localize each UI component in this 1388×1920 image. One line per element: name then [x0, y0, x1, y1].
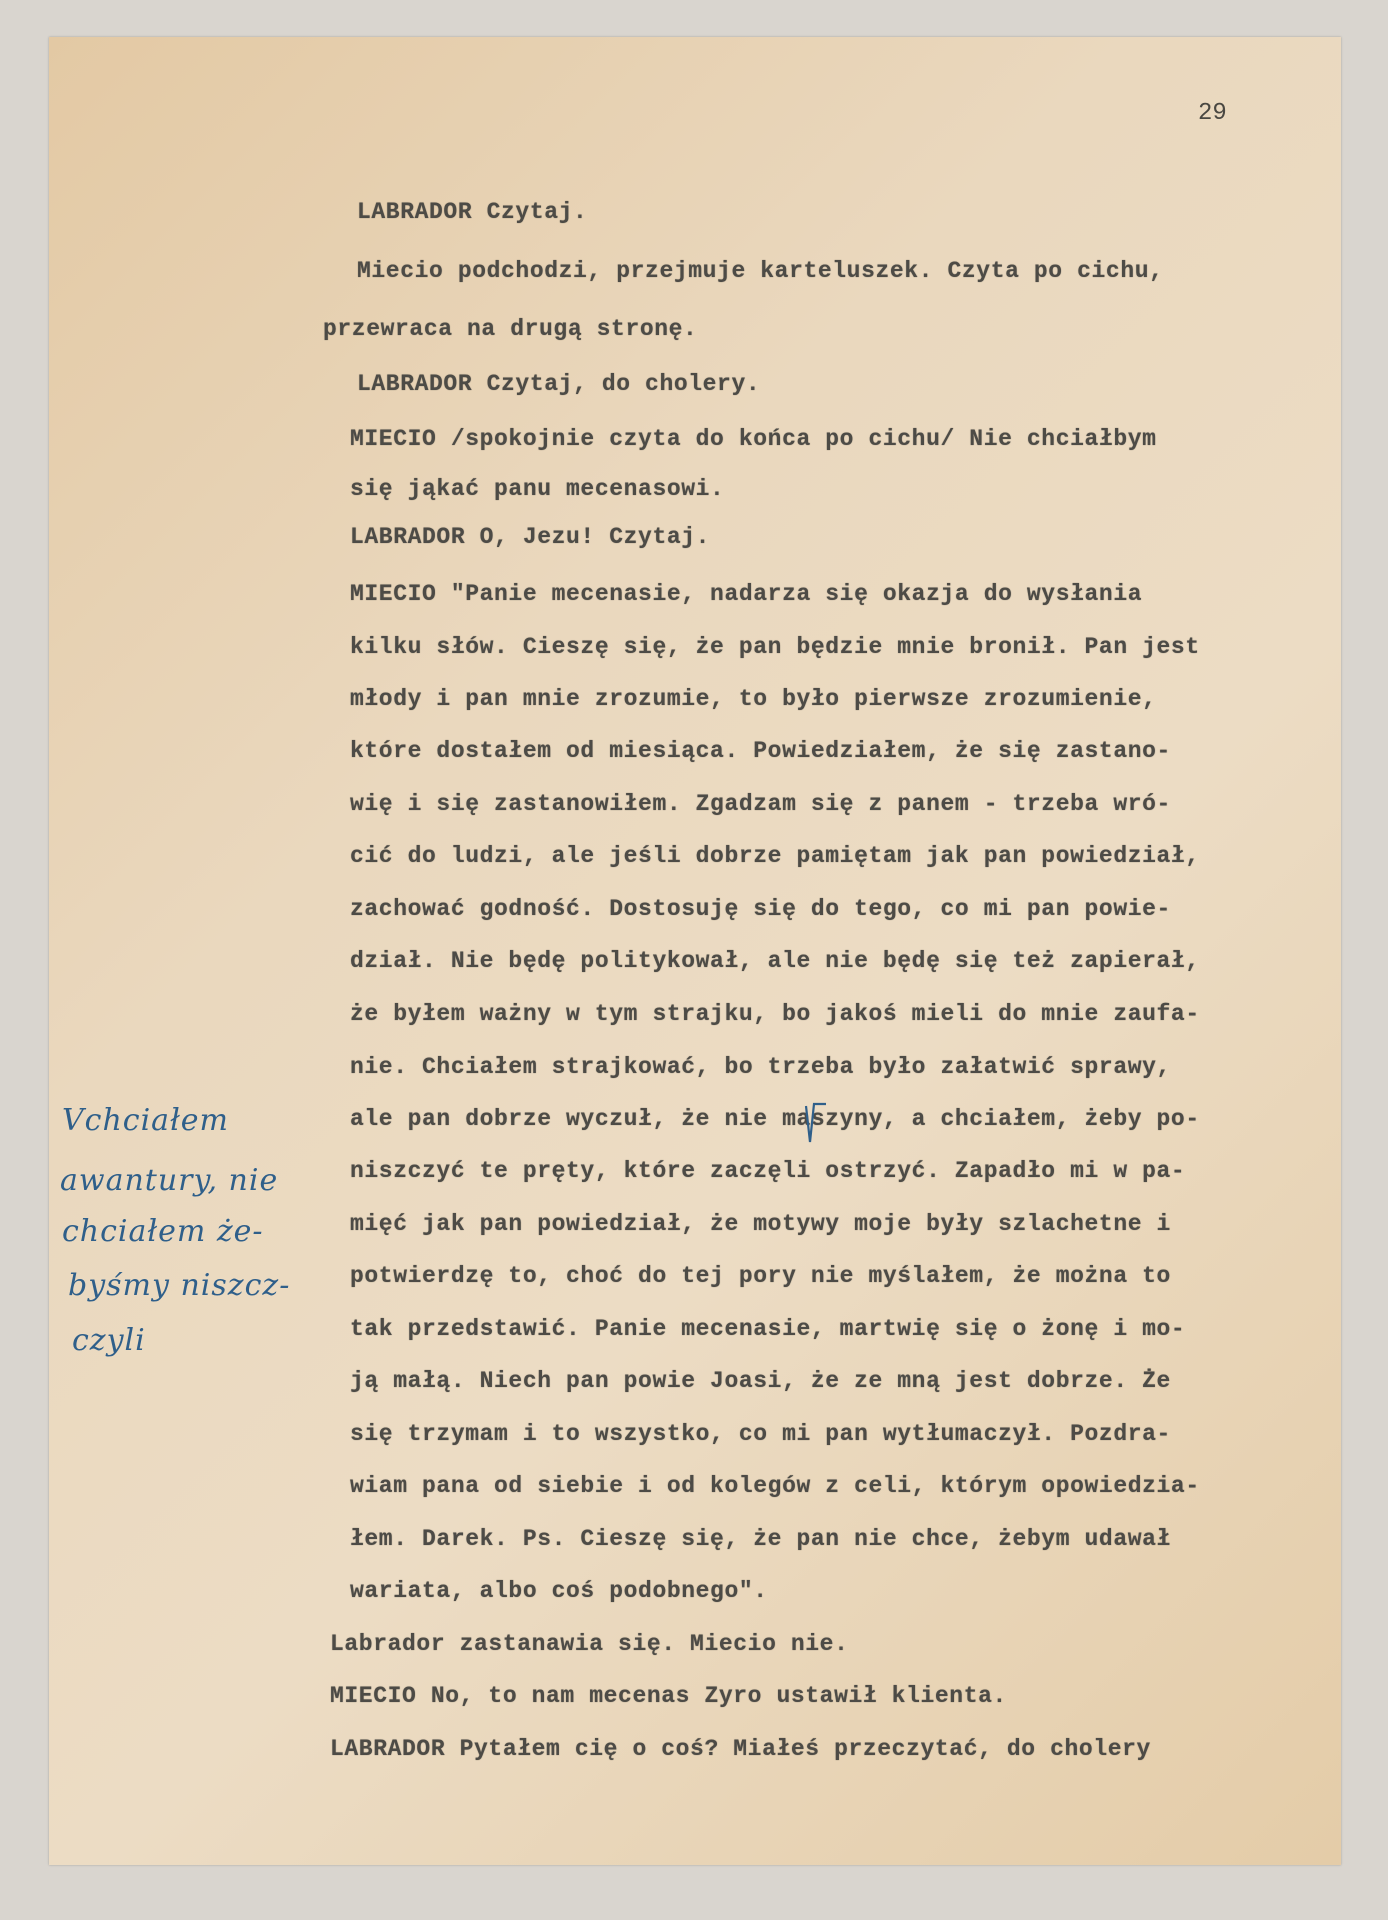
typed-line: ale pan dobrze wyczuł, że nie maszyny, a… [350, 1106, 1200, 1132]
typed-line: zachować godność. Dostosuję się do tego,… [350, 896, 1171, 922]
handwritten-line: Vchciałem [62, 1103, 229, 1138]
typed-line: Miecio podchodzi, przejmuje karteluszek.… [357, 258, 1164, 284]
typed-line: się jąkać panu mecenasowi. [350, 476, 724, 502]
typed-line: mięć jak pan powiedział, że motywy moje … [350, 1211, 1171, 1237]
typed-line: dział. Nie będę politykował, ale nie będ… [350, 948, 1200, 974]
typed-line: wiam pana od siebie i od kolegów z celi,… [350, 1473, 1200, 1499]
typed-line: tak przedstawić. Panie mecenasie, martwi… [350, 1316, 1185, 1342]
typed-line: się trzymam i to wszystko, co mi pan wyt… [350, 1421, 1171, 1447]
handwritten-line: awantury, nie [60, 1163, 278, 1198]
typed-line: MIECIO /spokojnie czyta do końca po cich… [350, 426, 1157, 452]
typed-line: ją małą. Niech pan powie Joasi, że ze mn… [350, 1368, 1171, 1394]
typed-line: wariata, albo coś podobnego". [350, 1578, 768, 1604]
typed-line: LABRADOR Czytaj. [357, 199, 587, 225]
typed-line: LABRADOR Pytałem cię o coś? Miałeś przec… [330, 1736, 1151, 1762]
typed-line: LABRADOR O, Jezu! Czytaj. [350, 524, 710, 550]
typed-line: MIECIO "Panie mecenasie, nadarza się oka… [350, 581, 1142, 607]
typed-line: nie. Chciałem strajkować, bo trzeba było… [350, 1054, 1171, 1080]
typed-line: potwierdzę to, choć do tej pory nie myśl… [350, 1263, 1171, 1289]
typed-line: wię i się zastanowiłem. Zgadzam się z pa… [350, 791, 1171, 817]
typed-line: młody i pan mnie zrozumie, to było pierw… [350, 686, 1157, 712]
typed-line: niszczyć te pręty, które zaczęli ostrzyć… [350, 1158, 1185, 1184]
typed-line: że byłem ważny w tym strajku, bo jakoś m… [350, 1001, 1200, 1027]
handwritten-line: chciałem że- [62, 1214, 264, 1249]
typed-line: LABRADOR Czytaj, do cholery. [357, 371, 760, 397]
handwritten-line: byśmy niszcz- [68, 1268, 290, 1303]
page-number: 29 [1198, 100, 1227, 127]
typed-line: MIECIO No, to nam mecenas Zyro ustawił k… [330, 1683, 1007, 1709]
typed-line: które dostałem od miesiąca. Powiedziałem… [350, 738, 1171, 764]
handwritten-line: czyli [72, 1323, 146, 1358]
typed-line: cić do ludzi, ale jeśli dobrze pamiętam … [350, 843, 1200, 869]
typed-line: Labrador zastanawia się. Miecio nie. [330, 1631, 848, 1657]
insertion-caret-icon [804, 1102, 826, 1146]
typed-line: kilku słów. Cieszę się, że pan będzie mn… [350, 634, 1200, 660]
typed-line: łem. Darek. Ps. Cieszę się, że pan nie c… [350, 1526, 1171, 1552]
typed-line: przewraca na drugą stronę. [323, 316, 697, 342]
